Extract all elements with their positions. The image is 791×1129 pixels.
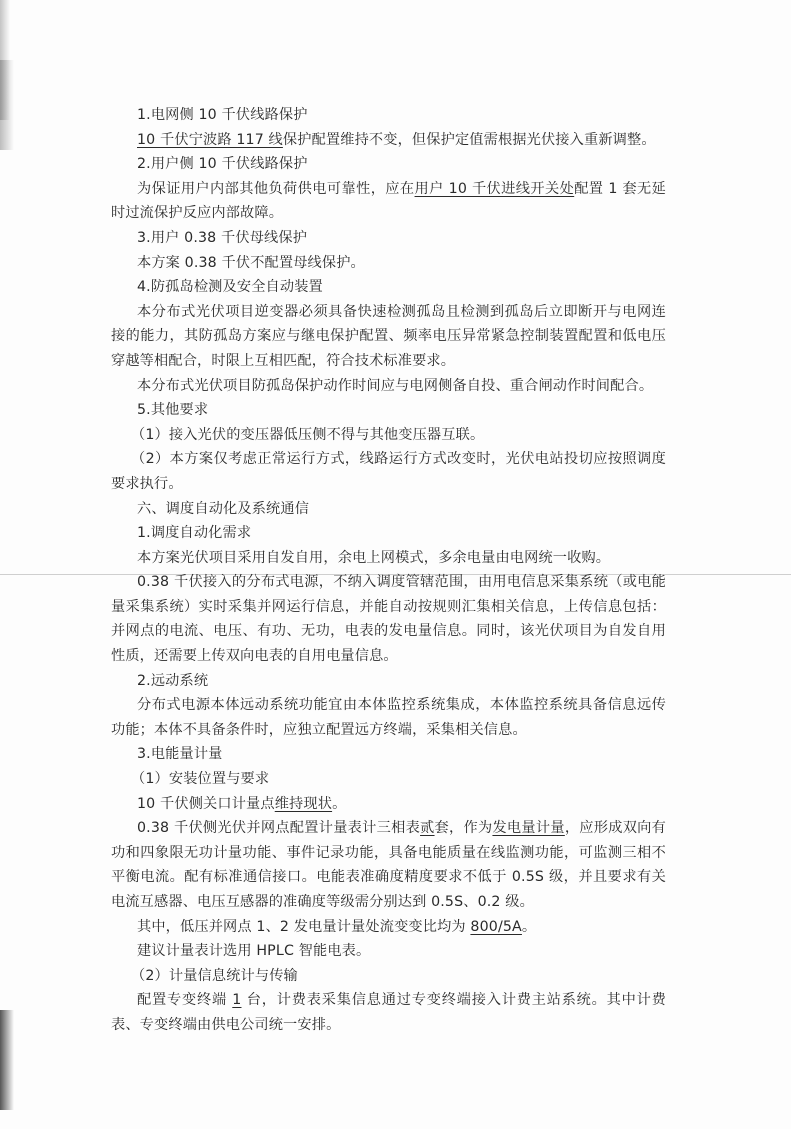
paragraph: 本方案光伏项目采用自发自用，余电上网模式，多余电量由电网统一收购。	[111, 546, 666, 571]
text-run: 分布式电源本体远动系统功能宜由本体监控系统集成，本体监控系统具备信息远传功能；本…	[111, 697, 666, 738]
text-run: 建议计量表计选用 HPLC 智能电表。	[137, 943, 370, 959]
text-run: 配置专变终端	[137, 992, 232, 1008]
text-run: 本分布式光伏项目逆变器必须具备快速检测孤岛且检测到孤岛后立即断开与电网连接的能力…	[111, 304, 666, 369]
paragraph: 10 千伏宁波路 117 线保护配置维持不变，但保护定值需根据光伏接入重新调整。	[111, 128, 666, 153]
scan-edge-shadow	[0, 60, 14, 150]
text-run: （2）计量信息统计与传输	[131, 968, 298, 984]
paragraph: 为保证用户内部其他负荷供电可靠性，应在用户 10 千伏进线开关处配置 1 套无延…	[111, 177, 666, 226]
scan-edge-shadow	[0, 1010, 14, 1110]
underlined-text: 10 千伏宁波路 117 线	[137, 132, 283, 148]
paragraph: 建议计量表计选用 HPLC 智能电表。	[111, 939, 666, 964]
underlined-text: 用户 10 千伏进线开关处	[415, 181, 575, 197]
paragraph: （1）接入光伏的变压器低压侧不得与其他变压器互联。	[111, 423, 666, 448]
paragraph: 0.38 千伏侧光伏并网点配置计量表计三相表贰套，作为发电量计量，应形成双向有功…	[111, 816, 666, 914]
text-run: 套，作为	[435, 820, 493, 836]
section-heading: 1.电网侧 10 千伏线路保护	[111, 103, 666, 128]
section-heading: 1.调度自动化需求	[111, 521, 666, 546]
text-run: 1.调度自动化需求	[137, 525, 251, 541]
paragraph: 其中，低压并网点 1、2 发电量计量处流变变比均为 800/5A。	[111, 915, 666, 940]
underlined-text: 贰	[420, 820, 434, 836]
section-heading: 3.用户 0.38 千伏母线保护	[111, 226, 666, 251]
section-heading: 3.电能量计量	[111, 742, 666, 767]
text-run: （2）本方案仅考虑正常运行方式，线路运行方式改变时，光伏电站投切应按照调度要求执…	[111, 451, 666, 492]
paragraph: （2）本方案仅考虑正常运行方式，线路运行方式改变时，光伏电站投切应按照调度要求执…	[111, 447, 666, 496]
paragraph: 本方案 0.38 千伏不配置母线保护。	[111, 251, 666, 276]
text-run: 3.用户 0.38 千伏母线保护	[137, 230, 307, 246]
text-run: 2.远动系统	[137, 673, 208, 689]
text-run: 0.38 千伏接入的分布式电源，不纳入调度管辖范围，由用电信息采集系统（或电能量…	[111, 574, 666, 664]
section-heading: 2.用户侧 10 千伏线路保护	[111, 152, 666, 177]
text-run: 本方案光伏项目采用自发自用，余电上网模式，多余电量由电网统一收购。	[137, 550, 610, 566]
paragraph: 分布式电源本体远动系统功能宜由本体监控系统集成，本体监控系统具备信息远传功能；本…	[111, 693, 666, 742]
text-run: 4.防孤岛检测及安全自动装置	[137, 279, 323, 295]
text-run: （1）接入光伏的变压器低压侧不得与其他变压器互联。	[131, 427, 484, 443]
text-run: 其中，低压并网点 1、2 发电量计量处流变变比均为	[137, 919, 470, 935]
text-run: 2.用户侧 10 千伏线路保护	[137, 156, 308, 172]
text-run: 。	[522, 919, 536, 935]
text-run: 本分布式光伏项目防孤岛保护动作时间应与电网侧备自投、重合闸动作时间配合。	[137, 378, 653, 394]
underlined-text: 发电量计量	[492, 820, 564, 836]
scanned-page: 1.电网侧 10 千伏线路保护10 千伏宁波路 117 线保护配置维持不变，但保…	[0, 0, 791, 1129]
section-heading: 5.其他要求	[111, 398, 666, 423]
text-run: 10 千伏侧关口计量点	[137, 796, 275, 812]
paragraph: 本分布式光伏项目防孤岛保护动作时间应与电网侧备自投、重合闸动作时间配合。	[111, 374, 666, 399]
text-run: 5.其他要求	[137, 402, 208, 418]
text-run: 0.38 千伏侧光伏并网点配置计量表计三相表	[137, 820, 420, 836]
section-heading: 4.防孤岛检测及安全自动装置	[111, 275, 666, 300]
paragraph: 0.38 千伏接入的分布式电源，不纳入调度管辖范围，由用电信息采集系统（或电能量…	[111, 570, 666, 668]
text-run: （1）安装位置与要求	[131, 771, 269, 787]
text-run: 为保证用户内部其他负荷供电可靠性，应在	[137, 181, 415, 197]
paragraph: 本分布式光伏项目逆变器必须具备快速检测孤岛且检测到孤岛后立即断开与电网连接的能力…	[111, 300, 666, 374]
paragraph: （2）计量信息统计与传输	[111, 964, 666, 989]
section-heading: 六、调度自动化及系统通信	[111, 497, 666, 522]
text-run: 六、调度自动化及系统通信	[137, 501, 309, 517]
text-run: 保护配置维持不变，但保护定值需根据光伏接入重新调整。	[283, 132, 656, 148]
paragraph: 配置专变终端 1 台，计费表采集信息通过专变终端接入计费主站系统。其中计费表、专…	[111, 988, 666, 1037]
paragraph: 10 千伏侧关口计量点维持现状。	[111, 792, 666, 817]
text-run: 1.电网侧 10 千伏线路保护	[137, 107, 308, 123]
underlined-text: 800/5A	[470, 919, 522, 935]
document-body: 1.电网侧 10 千伏线路保护10 千伏宁波路 117 线保护配置维持不变，但保…	[111, 103, 666, 1038]
text-run: 3.电能量计量	[137, 746, 223, 762]
section-heading: 2.远动系统	[111, 669, 666, 694]
text-run: 。	[332, 796, 346, 812]
text-run: 本方案 0.38 千伏不配置母线保护。	[137, 255, 365, 271]
underlined-text: 维持现状	[275, 796, 332, 812]
paragraph: （1）安装位置与要求	[111, 767, 666, 792]
